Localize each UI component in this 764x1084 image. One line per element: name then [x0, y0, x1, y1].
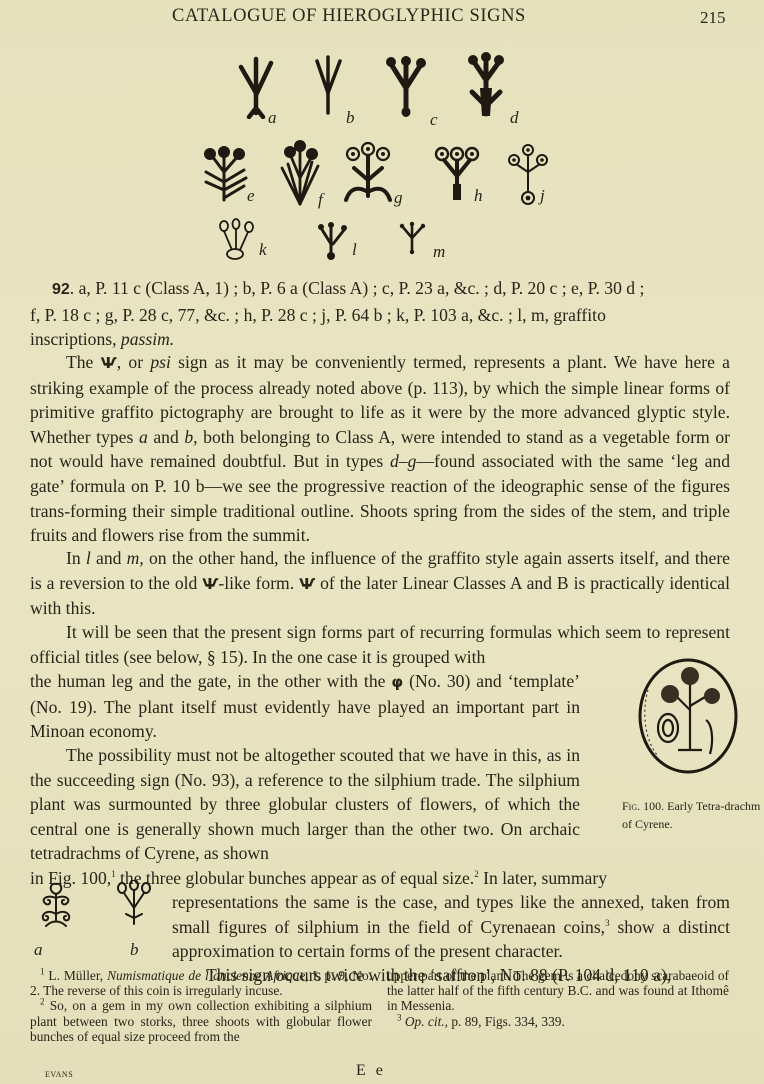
text: The [66, 352, 101, 372]
text: the human leg and the gate, in the other… [30, 671, 391, 691]
text: The possibility must not be altogether s… [30, 745, 580, 863]
refs-passim: passim. [121, 329, 174, 349]
sign-e-icon [202, 142, 250, 206]
book-page: CATALOGUE OF HIEROGLYPHIC SIGNS 215 a b … [0, 0, 764, 1084]
annexed-silphium-types: a b [28, 880, 178, 960]
psi-sign-figures: a b c d e [0, 0, 764, 270]
sign-label-c: c [430, 110, 438, 130]
sign-label-h: h [474, 186, 483, 206]
text: psi [150, 352, 171, 372]
psi-glyph-icon: Ѱ [202, 575, 218, 593]
paragraph-2: In l and m, on the other hand, the influ… [30, 546, 730, 621]
figure-label: Fig. 100. [622, 799, 664, 813]
paragraph-4: The possibility must not be altogether s… [30, 743, 580, 866]
sign-m-icon [398, 220, 428, 256]
silphium-type-b-icon [114, 880, 154, 928]
paragraph-5: representations the same is the case, an… [172, 890, 730, 964]
fig-100-coin-image [608, 650, 758, 795]
signature-mark: E e [356, 1062, 386, 1080]
text: m, [127, 548, 144, 568]
annexed-label-a: a [34, 940, 43, 960]
figure-caption: Fig. 100. Early Tetra-drachm of Cyrene. [622, 797, 762, 833]
text: In later, summary [479, 868, 607, 888]
entry-number: 92 [52, 281, 70, 298]
phi-glyph-icon: φ [391, 673, 403, 691]
sign-k-icon [218, 218, 260, 262]
text: In [66, 548, 86, 568]
sign-b-icon [312, 53, 348, 119]
text: So, on a gem in my own collection exhibi… [30, 998, 372, 1043]
entry-references: 92. a, P. 11 c (Class A, 1) ; b, P. 6 a … [30, 276, 730, 352]
text: and [91, 548, 127, 568]
refs-line-1: . a, P. 11 c (Class A, 1) ; b, P. 6 a (C… [70, 278, 645, 298]
sign-c-icon [384, 50, 428, 120]
text: a [139, 427, 148, 447]
sign-label-m: m [433, 242, 445, 262]
sign-d-icon [466, 48, 510, 120]
footnotes-right-column: upper part of the plant. The gem is a ch… [387, 968, 729, 1029]
sign-label-f: f [318, 190, 323, 210]
text: -like form. [218, 573, 299, 593]
paragraph-1: The Ѱ, or psi sign as it may be convenie… [30, 350, 730, 548]
text: d–g [390, 451, 416, 471]
sign-g-icon [344, 140, 392, 206]
printer-signature: EVANS [45, 1070, 73, 1079]
sign-label-g: g [394, 188, 403, 208]
sign-label-b: b [346, 108, 355, 128]
text: upper part of the plant. The gem is a ch… [387, 968, 729, 1013]
sign-label-l: l [352, 240, 357, 260]
sign-label-e: e [247, 186, 255, 206]
psi-glyph-icon: Ѱ [101, 354, 117, 372]
refs-line-2: f, P. 18 c ; g, P. 28 c, 77, &c. ; h, P.… [30, 305, 606, 325]
text: b, [184, 427, 197, 447]
paragraph-3-continued: the human leg and the gate, in the other… [30, 669, 580, 744]
text: , or [117, 352, 151, 372]
silphium-type-a-icon [36, 880, 76, 928]
text: Numismatique de l’ancienne Afrique, [107, 968, 309, 983]
footnotes-left-column: 1 L. Müller, Numismatique de l’ancienne … [30, 968, 372, 1044]
sign-label-k: k [259, 240, 267, 260]
sign-label-d: d [510, 108, 519, 128]
sign-label-j: j [540, 186, 545, 206]
sign-l-icon [316, 218, 350, 262]
sign-label-a: a [268, 108, 277, 128]
psi-glyph-icon: Ѱ [299, 575, 315, 593]
text: L. Müller, [45, 968, 108, 983]
text: and [148, 427, 185, 447]
refs-line-3: inscriptions, [30, 329, 121, 349]
annexed-label-b: b [130, 940, 139, 960]
text: Op. cit., [402, 1014, 449, 1029]
text: p. 89, Figs. 334, 339. [448, 1014, 565, 1029]
